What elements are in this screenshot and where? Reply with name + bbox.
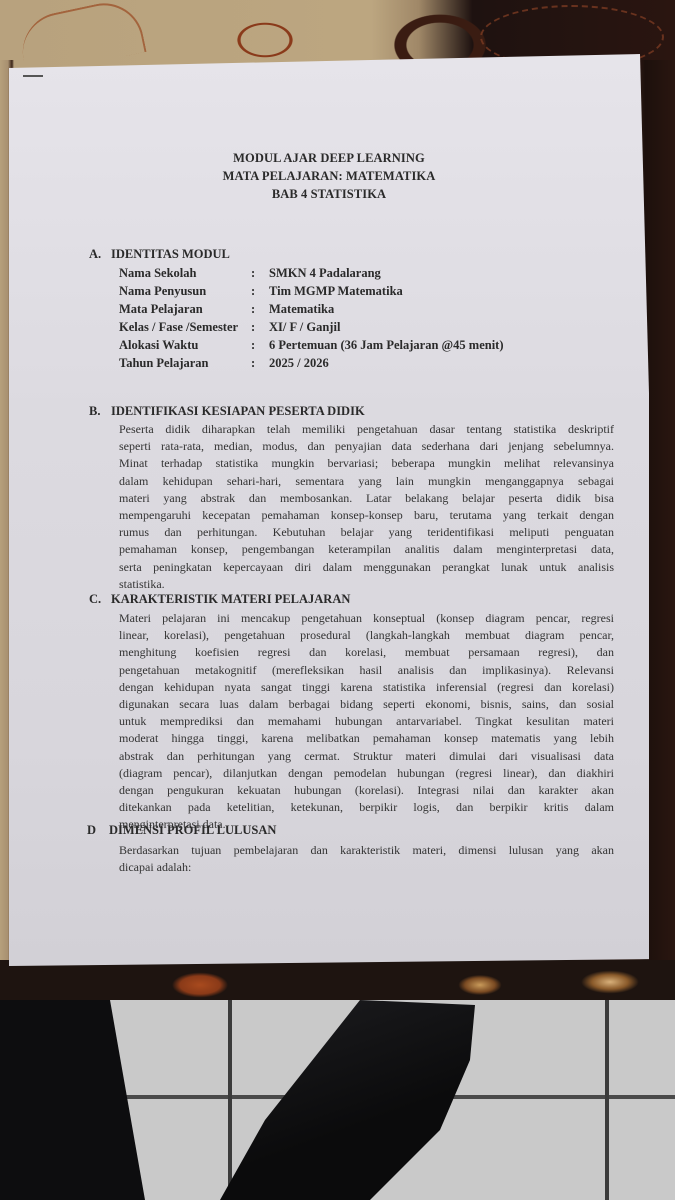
paragraph-line: Materi pelajaran ini mencakup pengetahua… (119, 610, 614, 627)
section-letter: D (87, 823, 109, 838)
identity-colon: : (251, 282, 269, 300)
paragraph-line: ditekankan pada ketelitian, ketekunan, b… (119, 799, 614, 816)
section-title: IDENTITAS MODUL (111, 247, 230, 261)
pen-mark (23, 75, 43, 77)
title-line-1: MODUL AJAR DEEP LEARNING (9, 149, 649, 167)
identity-colon: : (251, 354, 269, 372)
identity-value: 2025 / 2026 (269, 354, 329, 372)
title-line-2: MATA PELAJARAN: MATEMATIKA (9, 167, 649, 185)
identity-label: Nama Penyusun (119, 282, 251, 300)
identity-colon: : (251, 336, 269, 354)
identity-colon: : (251, 318, 269, 336)
section-letter: B. (89, 404, 111, 419)
document-title: MODUL AJAR DEEP LEARNING MATA PELAJARAN:… (9, 149, 649, 203)
identity-label: Nama Sekolah (119, 264, 251, 282)
section-heading: DDIMENSI PROFIL LULUSAN (87, 823, 276, 838)
paragraph-line: Berdasarkan tujuan pembelajaran dan kara… (119, 842, 614, 859)
paragraph-line: serta peningkatan kepercayaan diri dalam… (119, 559, 614, 576)
title-line-3: BAB 4 STATISTIKA (9, 185, 649, 203)
paragraph-line: moderat hingga tinggi, karena melibatkan… (119, 730, 614, 747)
section-letter: C. (89, 592, 111, 607)
paragraph-line: dicapai adalah: (119, 859, 614, 876)
identity-label: Kelas / Fase /Semester (119, 318, 251, 336)
paragraph-line: (diagram pencar), dilanjutkan dengan pem… (119, 765, 614, 782)
identity-value: XI/ F / Ganjil (269, 318, 340, 336)
paragraph-line: pemahaman konsep, pengembangan keterampi… (119, 541, 614, 558)
section-heading: C.KARAKTERISTIK MATERI PELAJARAN (89, 592, 350, 607)
paragraph-line: dalam kehidupan sehari-hari, sementara y… (119, 473, 614, 490)
batik-cloth-background-bottom (0, 960, 675, 1005)
identity-row: Tahun Pelajaran : 2025 / 2026 (119, 354, 504, 372)
paragraph-line: untuk memprediksi dan memahami hubungan … (119, 713, 614, 730)
section-title: DIMENSI PROFIL LULUSAN (109, 823, 276, 837)
paragraph-line: mempengaruhi kecepatan pemahaman konsep-… (119, 507, 614, 524)
paragraph-line: statistika. (119, 576, 614, 593)
identity-colon: : (251, 264, 269, 282)
paper-page: MODUL AJAR DEEP LEARNING MATA PELAJARAN:… (9, 54, 649, 966)
paragraph-line: Minat terhadap statistika mungkin bervar… (119, 455, 614, 472)
identity-row: Nama Penyusun : Tim MGMP Matematika (119, 282, 504, 300)
paragraph-line: dengan pengukuran kekuatan hubungan (kor… (119, 782, 614, 799)
identity-value: SMKN 4 Padalarang (269, 264, 381, 282)
paragraph-line: abstrak dan perhitungan yang cermat. Str… (119, 748, 614, 765)
paragraph-line: rumus dan perhitungan. Kebutuhan belajar… (119, 524, 614, 541)
paragraph-line: linear, korelasi), pengetahuan prosedura… (119, 627, 614, 644)
paragraph-line: materi yang abstrak dan membosankan. Lat… (119, 490, 614, 507)
identity-row: Mata Pelajaran : Matematika (119, 300, 504, 318)
identity-label: Tahun Pelajaran (119, 354, 251, 372)
identity-row: Alokasi Waktu : 6 Pertemuan (36 Jam Pela… (119, 336, 504, 354)
paragraph-line: digunakan secara luas dalam berbagai bid… (119, 696, 614, 713)
section-paragraph: Materi pelajaran ini mencakup pengetahua… (119, 610, 614, 834)
section-title: KARAKTERISTIK MATERI PELAJARAN (111, 592, 350, 606)
section-title: IDENTIFIKASI KESIAPAN PESERTA DIDIK (111, 404, 365, 418)
section-heading: B.IDENTIFIKASI KESIAPAN PESERTA DIDIK (89, 404, 365, 419)
section-letter: A. (89, 247, 111, 262)
identity-value: Matematika (269, 300, 334, 318)
paragraph-line: menghitung koefisien regresi dan korelas… (119, 644, 614, 661)
paragraph-line: seperti rata-rata, median, modus, dan pe… (119, 438, 614, 455)
identity-row: Nama Sekolah : SMKN 4 Padalarang (119, 264, 504, 282)
identity-colon: : (251, 300, 269, 318)
paragraph-line: pengetahuan metakognitif (merefleksikan … (119, 662, 614, 679)
identity-label: Alokasi Waktu (119, 336, 251, 354)
identity-value: Tim MGMP Matematika (269, 282, 403, 300)
identity-label: Mata Pelajaran (119, 300, 251, 318)
section-paragraph: Peserta didik diharapkan telah memiliki … (119, 421, 614, 593)
section-paragraph: Berdasarkan tujuan pembelajaran dan kara… (119, 842, 614, 876)
identity-row: Kelas / Fase /Semester : XI/ F / Ganjil (119, 318, 504, 336)
paragraph-line: Peserta didik diharapkan telah memiliki … (119, 421, 614, 438)
identity-table: Nama Sekolah : SMKN 4 Padalarang Nama Pe… (119, 264, 504, 372)
identity-value: 6 Pertemuan (36 Jam Pelajaran @45 menit) (269, 336, 504, 354)
section-heading: A.IDENTITAS MODUL (89, 247, 230, 262)
paragraph-line: dengan kehidupan nyata sangat tinggi kar… (119, 679, 614, 696)
